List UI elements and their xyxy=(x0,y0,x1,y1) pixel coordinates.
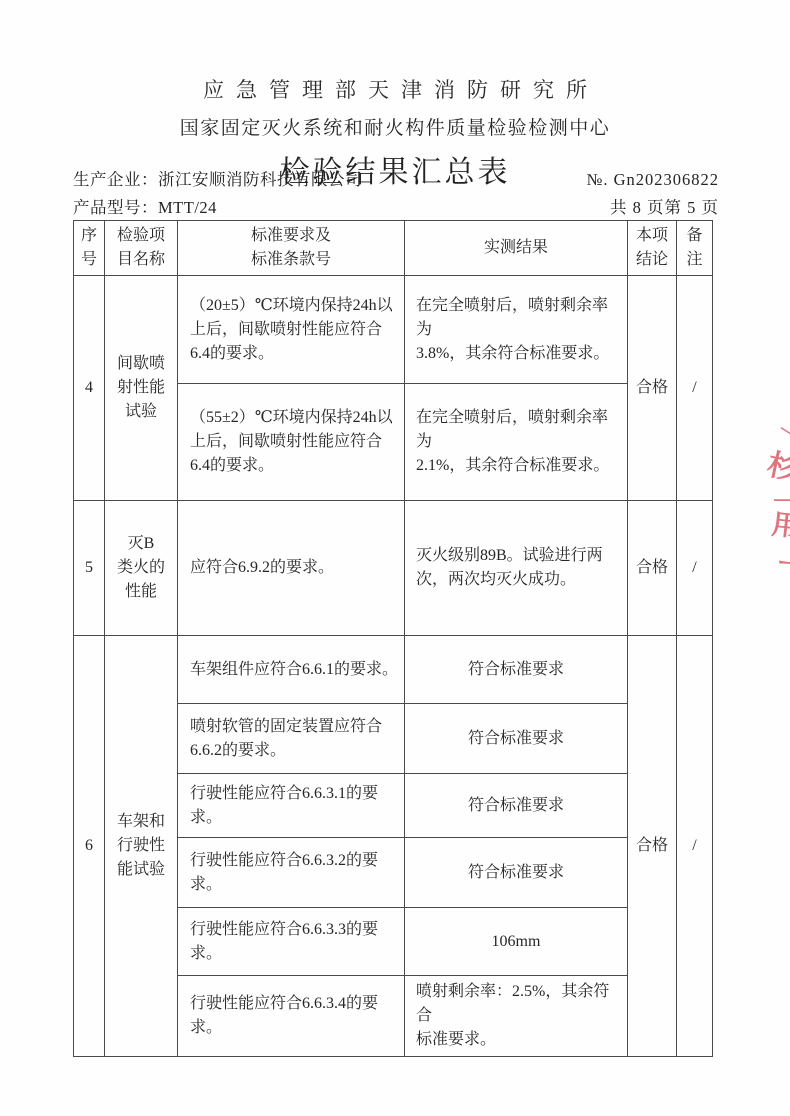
requirement-cell: （55±2）℃环境内保持24h以 上后，间歇喷射性能应符合 6.4的要求。 xyxy=(178,384,405,501)
requirement-cell: 车架组件应符合6.6.1的要求。 xyxy=(178,636,405,704)
requirement-cell: 行驶性能应符合6.6.3.2的要 求。 xyxy=(178,838,405,908)
seq-cell: 4 xyxy=(74,276,105,501)
seq-cell: 5 xyxy=(74,501,105,636)
header-item: 检验项 目名称 xyxy=(105,221,178,276)
result-cell: 在完全喷射后，喷射剩余率为 3.8%，其余符合标准要求。 xyxy=(405,276,628,384)
organization-subtitle: 国家固定灭火系统和耐火构件质量检验检测中心 xyxy=(0,113,790,140)
header-remark: 备 注 xyxy=(677,221,713,276)
report-number: №. Gn202306822 xyxy=(587,169,719,191)
table-row: 4 间歇喷 射性能 试验 （20±5）℃环境内保持24h以 上后，间歇喷射性能应… xyxy=(74,276,713,384)
manufacturer-field: 生产企业：浙江安顺消防科技有限公司 xyxy=(73,169,362,191)
table-row: 5 灭B 类火的 性能 应符合6.9.2的要求。 灭火级别89B。试验进行两 次… xyxy=(74,501,713,636)
conclusion-cell: 合格 xyxy=(628,501,677,636)
inspection-results-table: 序 号 检验项 目名称 标准要求及 标准条款号 实测结果 本项 结论 备 注 4… xyxy=(73,220,713,1057)
remark-cell: / xyxy=(677,501,713,636)
header-requirement: 标准要求及 标准条款号 xyxy=(178,221,405,276)
stamp-stroke-icon: ㇀ xyxy=(770,541,790,582)
manufacturer-label: 生产企业： xyxy=(73,170,158,189)
table-header-row: 序 号 检验项 目名称 标准要求及 标准条款号 实测结果 本项 结论 备 注 xyxy=(74,221,713,276)
remark-cell: / xyxy=(677,276,713,501)
organization-title: 应急管理部天津消防研究所 xyxy=(0,74,790,104)
item-name-cell: 车架和 行驶性 能试验 xyxy=(105,636,178,1057)
result-cell: 符合标准要求 xyxy=(405,704,628,774)
conclusion-cell: 合格 xyxy=(628,636,677,1057)
header-result: 实测结果 xyxy=(405,221,628,276)
result-cell: 符合标准要求 xyxy=(405,838,628,908)
product-model-field: 产品型号：MTT/24 xyxy=(73,197,217,219)
remark-cell: / xyxy=(677,636,713,1057)
item-name-cell: 灭B 类火的 性能 xyxy=(105,501,178,636)
manufacturer-value: 浙江安顺消防科技有限公司 xyxy=(158,170,362,189)
requirement-cell: 行驶性能应符合6.6.3.3的要 求。 xyxy=(178,908,405,976)
requirement-cell: 行驶性能应符合6.6.3.4的要 求。 xyxy=(178,976,405,1057)
requirement-cell: 喷射软管的固定装置应符合 6.6.2的要求。 xyxy=(178,704,405,774)
stamp-stroke-icon: 用 xyxy=(770,503,790,546)
info-row-model: 产品型号：MTT/24 共 8 页第 5 页 xyxy=(73,197,719,219)
result-cell: 喷射剩余率：2.5%，其余符合 标准要求。 xyxy=(405,976,628,1057)
conclusion-cell: 合格 xyxy=(628,276,677,501)
requirement-cell: 行驶性能应符合6.6.3.1的要 求。 xyxy=(178,774,405,838)
result-cell: 在完全喷射后，喷射剩余率为 2.1%，其余符合标准要求。 xyxy=(405,384,628,501)
document-page: 应急管理部天津消防研究所 国家固定灭火系统和耐火构件质量检验检测中心 检验结果汇… xyxy=(0,0,790,1116)
product-model-label: 产品型号： xyxy=(73,198,158,217)
result-cell: 灭火级别89B。试验进行两 次，两次均灭火成功。 xyxy=(405,501,628,636)
product-model-value: MTT/24 xyxy=(158,198,217,217)
header-conclusion: 本项 结论 xyxy=(628,221,677,276)
item-name-cell: 间歇喷 射性能 试验 xyxy=(105,276,178,501)
page-count: 共 8 页第 5 页 xyxy=(610,197,719,219)
info-row-manufacturer: 生产企业：浙江安顺消防科技有限公司 №. Gn202306822 xyxy=(73,169,719,191)
table-row: 6 车架和 行驶性 能试验 车架组件应符合6.6.1的要求。 符合标准要求 合格… xyxy=(74,636,713,704)
header-seq: 序 号 xyxy=(74,221,105,276)
requirement-cell: （20±5）℃环境内保持24h以 上后，间歇喷射性能应符合 6.4的要求。 xyxy=(178,276,405,384)
result-cell: 106mm xyxy=(405,908,628,976)
document-info: 生产企业：浙江安顺消防科技有限公司 №. Gn202306822 产品型号：MT… xyxy=(73,169,719,219)
result-cell: 符合标准要求 xyxy=(405,636,628,704)
result-cell: 符合标准要求 xyxy=(405,774,628,838)
seq-cell: 6 xyxy=(74,636,105,1057)
requirement-cell: 应符合6.9.2的要求。 xyxy=(178,501,405,636)
